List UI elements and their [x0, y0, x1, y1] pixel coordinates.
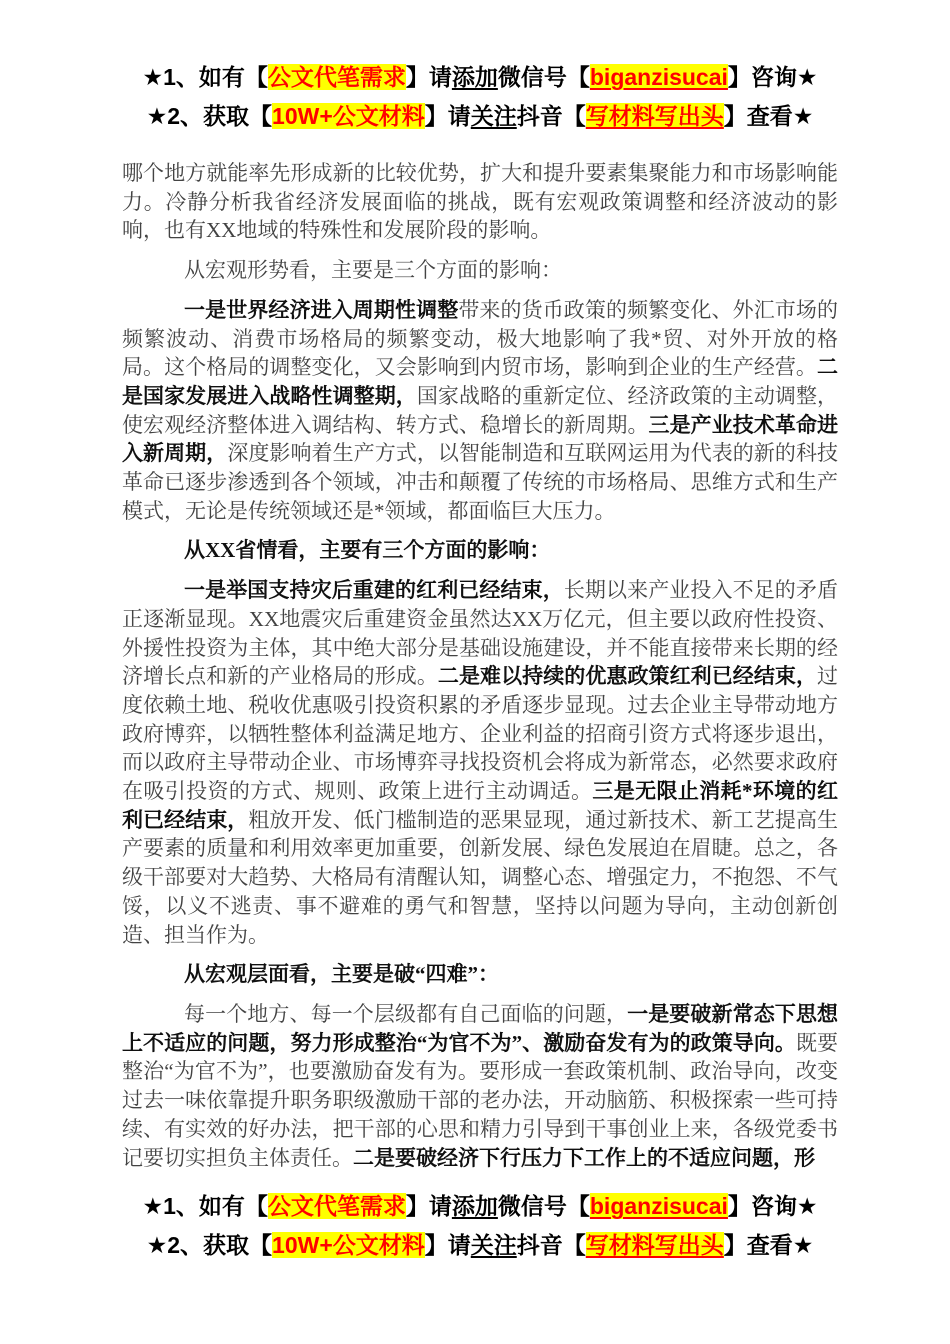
promo-text: 抖音【: [517, 103, 586, 129]
underlined-action-word: 关注: [471, 1232, 517, 1258]
wechat-id: biganzisucai: [590, 64, 728, 90]
text-run: 每一个地方、每一个层级都有自己面临的问题，: [184, 1002, 627, 1026]
document-body: 哪个地方就能率先形成新的比较优势，扩大和提升要素集聚能力和市场影响能力。冷静分析…: [122, 159, 838, 1172]
promo-text: ★2、获取【: [147, 1232, 272, 1258]
promo-text: 微信号【: [498, 64, 590, 90]
highlighted-keyword: 公文代笔需求: [268, 1193, 406, 1219]
promo-text: 微信号【: [498, 1193, 590, 1219]
promo-text: 】请: [406, 64, 452, 90]
bold-run: 从XX省情看，主要有三个方面的影响：: [184, 538, 550, 562]
bold-run: 一是举国支持灾后重建的红利已经结束，: [184, 578, 564, 602]
promo-text: ★1、如有【: [142, 64, 267, 90]
paragraph-four-difficulties: 每一个地方、每一个层级都有自己面临的问题，一是要破新常态下思想上不适应的问题，努…: [122, 1000, 838, 1172]
promo-banner-top: ★1、如有【公文代笔需求】请添加微信号【biganzisucai】咨询★ ★2、…: [122, 64, 838, 129]
paragraph-province-factors: 一是举国支持灾后重建的红利已经结束，长期以来产业投入不足的矛盾正逐渐显现。XX地…: [122, 576, 838, 949]
promo-text: 抖音【: [517, 1232, 586, 1258]
bold-run: 二是难以持续的优惠政策红利已经结束，: [438, 664, 817, 688]
promo-text: 】咨询★: [728, 64, 818, 90]
promo-line-2: ★2、获取【10W+公文材料】请关注抖音【写材料写出头】查看★: [122, 103, 838, 129]
promo-text: 】查看★: [724, 1232, 814, 1258]
promo-banner-bottom: ★1、如有【公文代笔需求】请添加微信号【biganzisucai】咨询★ ★2、…: [122, 1193, 838, 1258]
promo-text: 】查看★: [724, 103, 814, 129]
promo-line-2: ★2、获取【10W+公文材料】请关注抖音【写材料写出头】查看★: [122, 1232, 838, 1258]
douyin-account: 写材料写出头: [586, 1232, 724, 1258]
highlighted-keyword: 10W+公文材料: [272, 103, 425, 129]
highlighted-keyword: 公文代笔需求: [268, 64, 406, 90]
promo-text: ★2、获取【: [147, 103, 272, 129]
paragraph-macro-trends: 一是世界经济进入周期性调整带来的货币政策的频繁变化、外汇市场的频繁波动、消费市场…: [122, 296, 838, 526]
promo-text: 】请: [406, 1193, 452, 1219]
text-run: 从宏观形势看，主要是三个方面的影响：: [184, 258, 562, 282]
paragraph-continuation: 哪个地方就能率先形成新的比较优势，扩大和提升要素集聚能力和市场影响能力。冷静分析…: [122, 159, 838, 245]
promo-line-1: ★1、如有【公文代笔需求】请添加微信号【biganzisucai】咨询★: [122, 64, 838, 90]
douyin-account: 写材料写出头: [586, 103, 724, 129]
highlighted-keyword: 10W+公文材料: [272, 1232, 425, 1258]
underlined-action-word: 添加: [452, 1193, 498, 1219]
bold-run: 二是要破经济下行压力下工作上的不适应问题，形: [353, 1146, 815, 1170]
section-heading-four-difficulties: 从宏观层面看，主要是破“四难”：: [122, 960, 838, 989]
promo-text: 】请: [425, 1232, 471, 1258]
wechat-id: biganzisucai: [590, 1193, 728, 1219]
underlined-action-word: 关注: [471, 103, 517, 129]
promo-line-1: ★1、如有【公文代笔需求】请添加微信号【biganzisucai】咨询★: [122, 1193, 838, 1219]
bold-run: 一是世界经济进入周期性调整: [184, 298, 458, 322]
promo-text: 】请: [425, 103, 471, 129]
text-run: 哪个地方就能率先形成新的比较优势，扩大和提升要素集聚能力和市场影响能力。冷静分析…: [122, 161, 838, 242]
promo-text: 】咨询★: [728, 1193, 818, 1219]
section-lead: 从宏观形势看，主要是三个方面的影响：: [122, 256, 838, 285]
promo-text: ★1、如有【: [142, 1193, 267, 1219]
text-run: 深度影响着生产方式，以智能制造和互联网运用为代表的新的科技革命已逐步渗透到各个领…: [122, 441, 838, 522]
bold-run: 从宏观层面看，主要是破“四难”：: [184, 962, 499, 986]
section-heading-province: 从XX省情看，主要有三个方面的影响：: [122, 536, 838, 565]
document-page: ★1、如有【公文代笔需求】请添加微信号【biganzisucai】咨询★ ★2、…: [0, 0, 950, 1344]
underlined-action-word: 添加: [452, 64, 498, 90]
